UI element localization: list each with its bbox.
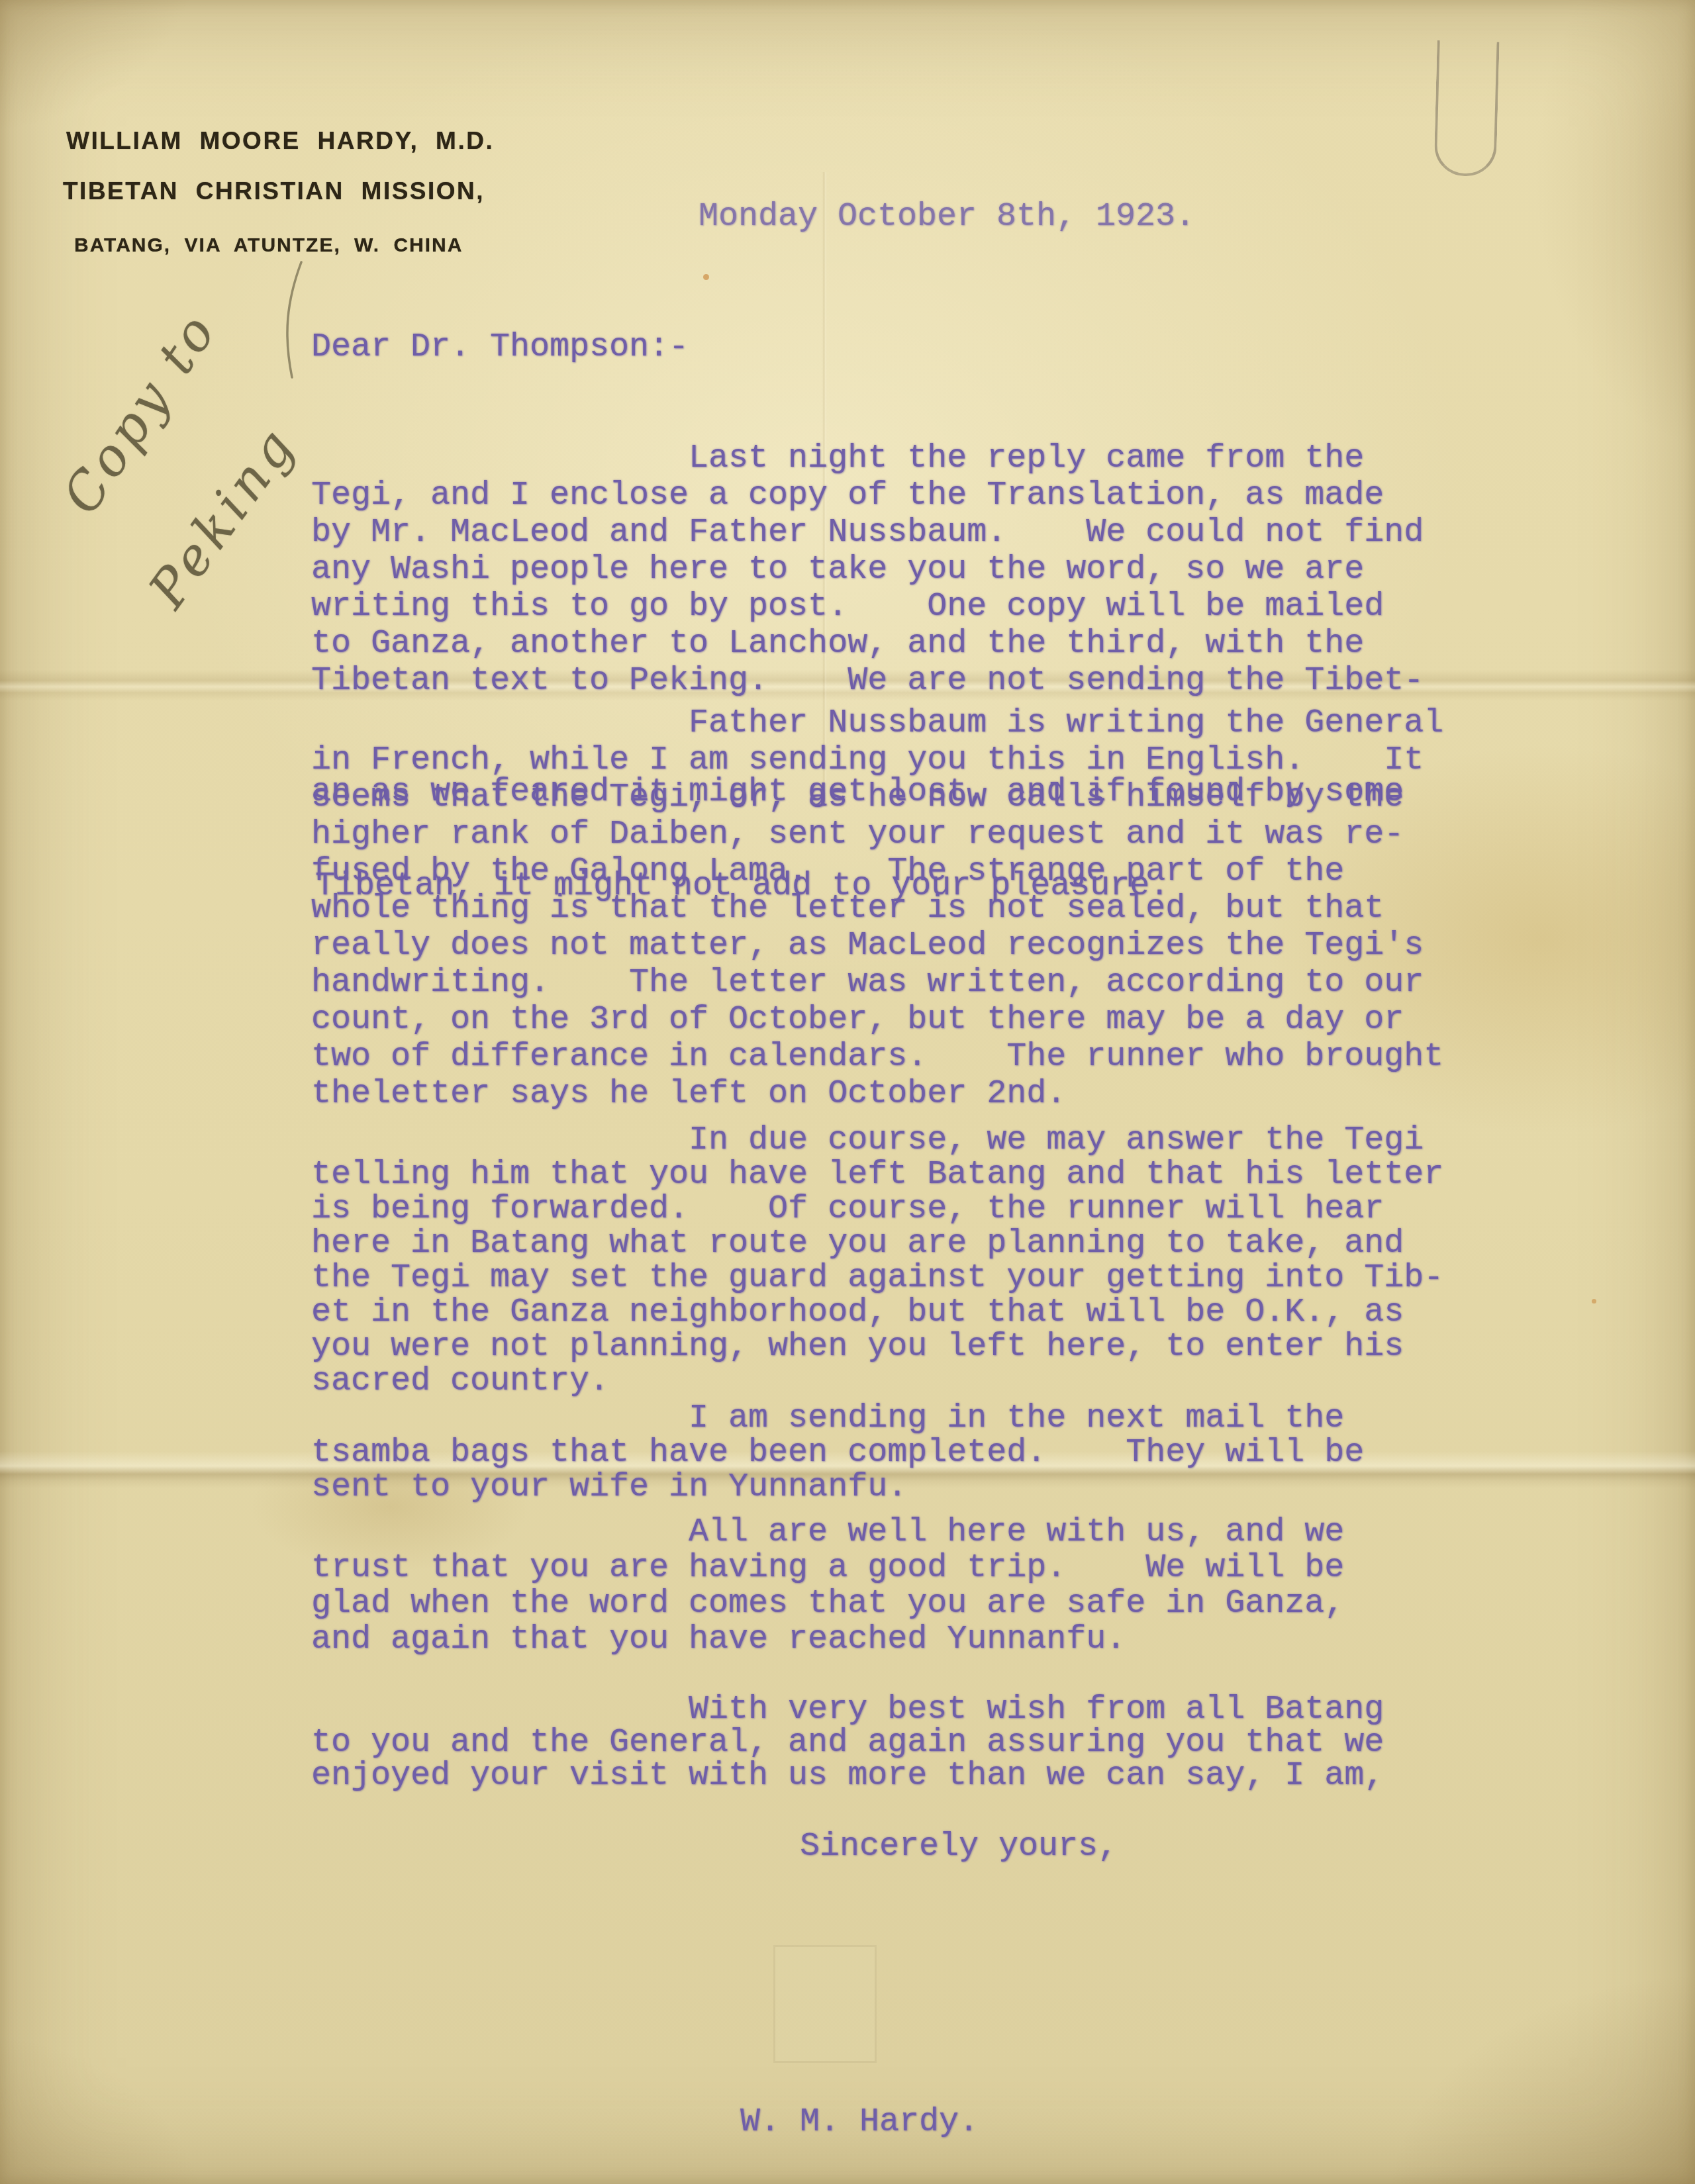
- complimentary-close: Sincerely yours,: [800, 1828, 1695, 1866]
- paperclip-imprint: [1433, 40, 1499, 177]
- paragraph-2: Father Nussbaum is writing the General i…: [311, 705, 1503, 1113]
- paper-speck: [703, 274, 709, 280]
- date-line: Monday October 8th, 1923.: [699, 199, 1695, 236]
- paragraph-6: With very best wish from all Batang to y…: [311, 1693, 1503, 1793]
- letterhead-name-line: WILLIAM MOORE HARDY, M.D.: [66, 127, 494, 155]
- typed-signature: W. M. Hardy.: [740, 2104, 1695, 2141]
- paragraph-5: All are well here with us, and we trust …: [311, 1515, 1503, 1658]
- letterhead-mission-line: TIBETAN CHRISTIAN MISSION,: [63, 177, 485, 205]
- paragraph-1-text: Last night the reply came from the Tegi,…: [311, 440, 1503, 700]
- embossed-square-mark: [773, 1945, 877, 2063]
- handwritten-word-copy-to: Copy to: [52, 301, 229, 524]
- paper-speck: [1592, 1299, 1596, 1304]
- paragraph-4: I am sending in the next mail the tsamba…: [311, 1401, 1503, 1505]
- letter-page: WILLIAM MOORE HARDY, M.D. TIBETAN CHRIST…: [0, 0, 1695, 2184]
- paragraph-3: In due course, we may answer the Tegi te…: [311, 1123, 1503, 1399]
- salutation: Dear Dr. Thompson:-: [311, 329, 1503, 366]
- handwritten-word-peking: Peking: [138, 415, 309, 619]
- letterhead-address-line: BATANG, VIA ATUNTZE, W. CHINA: [74, 234, 463, 257]
